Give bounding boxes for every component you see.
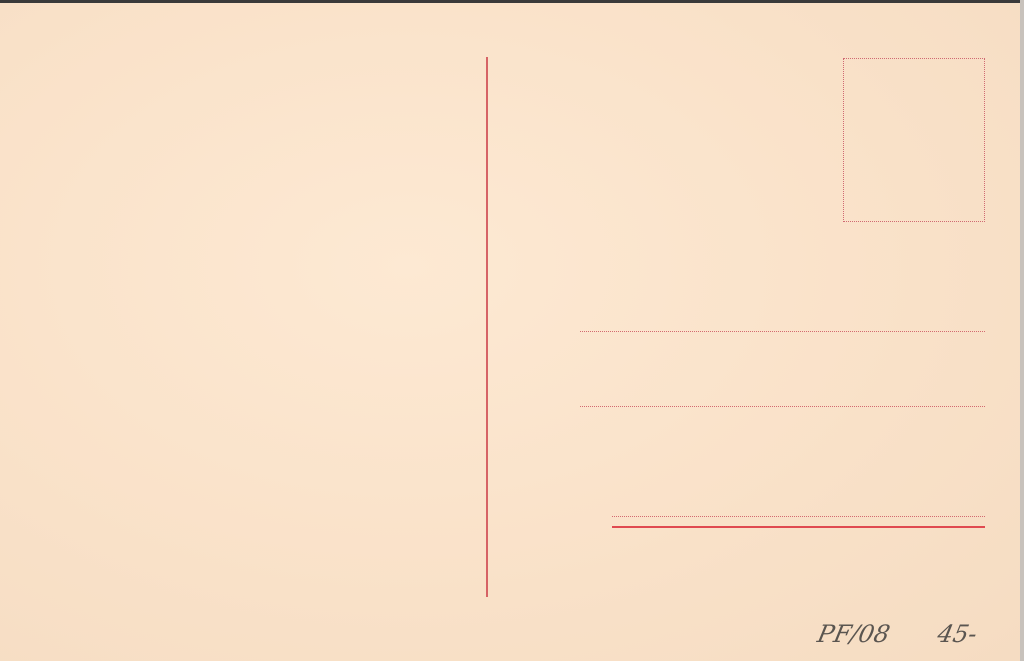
address-line-underline xyxy=(612,526,985,528)
address-line-1 xyxy=(580,331,985,332)
message-address-divider xyxy=(486,57,488,597)
handwritten-code: PF/08 xyxy=(815,620,892,648)
stamp-placement-box xyxy=(843,58,985,222)
address-line-3 xyxy=(612,516,985,517)
address-line-2 xyxy=(580,406,985,407)
handwritten-price: 45- xyxy=(935,620,980,648)
scan-right-edge xyxy=(1020,0,1024,661)
